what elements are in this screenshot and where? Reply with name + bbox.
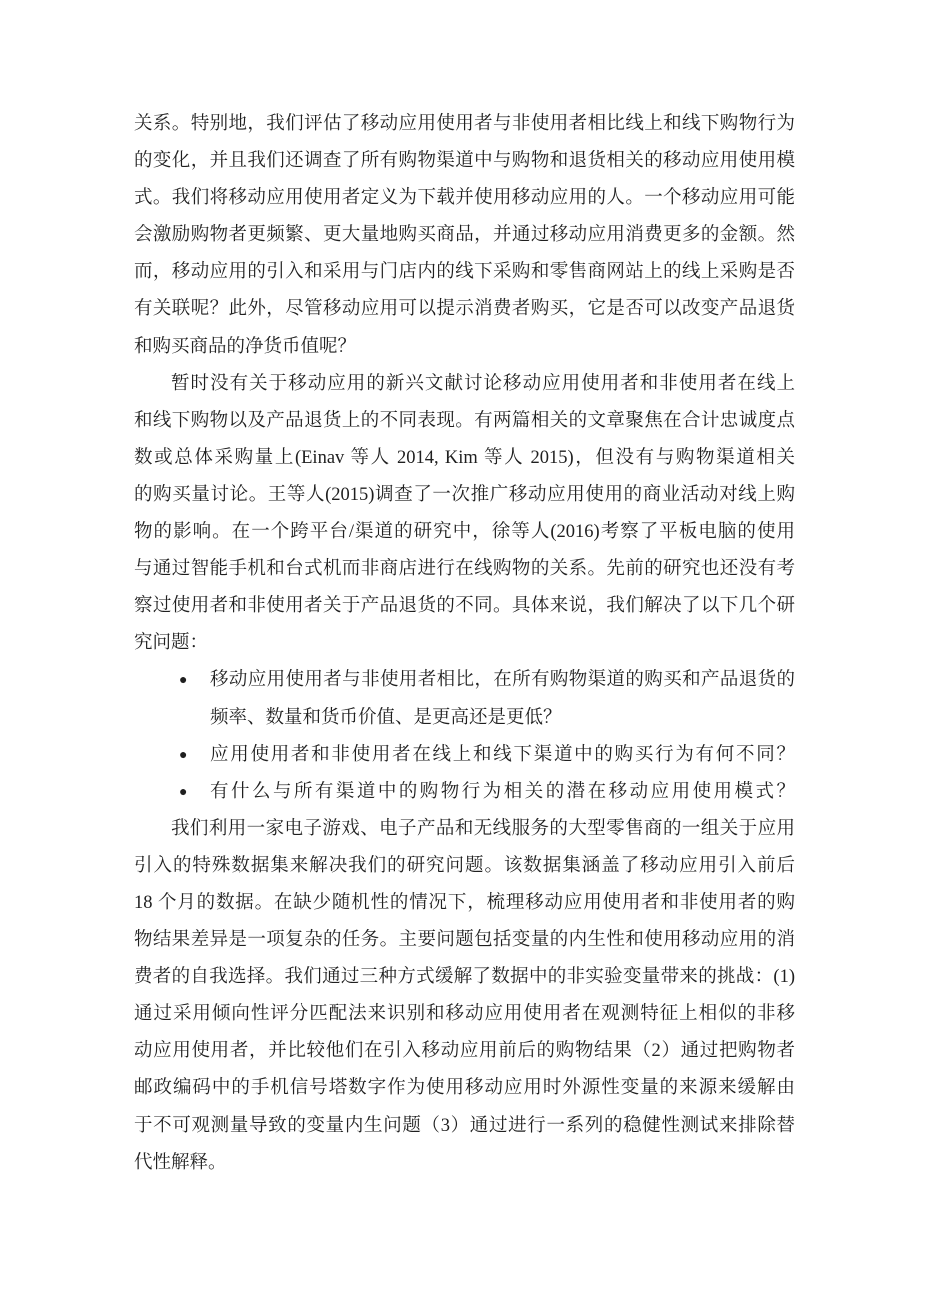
text-line: 察过使用者和非使用者关于产品退货的不同。具体来说，我们解决了以下几个研 [134,588,795,625]
text-block: 关系。特别地，我们评估了移动应用使用者与非使用者相比线上和线下购物行为 的变化，… [134,106,795,1182]
text-line: 数或总体采购量上(Einav 等人 2014, Kim 等人 2015)，但没有… [134,440,795,477]
text-line: 和线下购物以及产品退货上的不同表现。有两篇相关的文章聚焦在合计忠诚度点 [134,403,795,440]
text-line: 而，移动应用的引入和采用与门店内的线下采购和零售商网站上的线上采购是否 [134,254,795,291]
text-line: 关系。特别地，我们评估了移动应用使用者与非使用者相比线上和线下购物行为 [134,106,795,143]
text-line: 我们利用一家电子游戏、电子产品和无线服务的大型零售商的一组关于应用 [134,811,795,848]
text-line: 费者的自我选择。我们通过三种方式缓解了数据中的非实验变量带来的挑战：(1) [134,959,795,996]
text-line: 的购买量讨论。王等人(2015)调查了一次推广移动应用使用的商业活动对线上购 [134,477,795,514]
text-line: 动应用使用者，并比较他们在引入移动应用前后的购物结果（2）通过把购物者 [134,1033,795,1070]
text-line: 的变化，并且我们还调查了所有购物渠道中与购物和退货相关的移动应用使用模 [134,143,795,180]
bullet-text: 移动应用使用者与非使用者相比，在所有购物渠道的购买和产品退货的 频率、数量和货币… [210,662,795,736]
bullet-icon: ● [179,662,210,699]
text-line: 究问题： [134,625,795,662]
text-line: 物的影响。在一个跨平台/渠道的研究中，徐等人(2016)考察了平板电脑的使用 [134,514,795,551]
text-line: 有关联呢？此外，尽管移动应用可以提示消费者购买，它是否可以改变产品退货 [134,291,795,328]
text-line: 应用使用者和非使用者在线上和线下渠道中的购买行为有何不同？ [210,737,795,774]
list-item: ● 有什么与所有渠道中的购物行为相关的潜在移动应用使用模式？ [179,774,795,811]
list-item: ● 应用使用者和非使用者在线上和线下渠道中的购买行为有何不同？ [179,737,795,774]
bullet-icon: ● [179,774,210,811]
text-line: 通过采用倾向性评分匹配法来识别和移动应用使用者在观测特征上相似的非移 [134,996,795,1033]
text-line: 物结果差异是一项复杂的任务。主要问题包括变量的内生性和使用移动应用的消 [134,922,795,959]
text-line: 有什么与所有渠道中的购物行为相关的潜在移动应用使用模式？ [210,774,795,811]
bullet-list: ● 移动应用使用者与非使用者相比，在所有购物渠道的购买和产品退货的 频率、数量和… [134,662,795,810]
text-line: 18 个月的数据。在缺少随机性的情况下，梳理移动应用使用者和非使用者的购 [134,885,795,922]
text-line: 式。我们将移动应用使用者定义为下载并使用移动应用的人。一个移动应用可能 [134,180,795,217]
text-line: 邮政编码中的手机信号塔数字作为使用移动应用时外源性变量的来源来缓解由 [134,1070,795,1107]
text-line: 与通过智能手机和台式机而非商店进行在线购物的关系。先前的研究也还没有考 [134,551,795,588]
paragraph-1: 关系。特别地，我们评估了移动应用使用者与非使用者相比线上和线下购物行为 的变化，… [134,106,795,366]
text-line: 暂时没有关于移动应用的新兴文献讨论移动应用使用者和非使用者在线上 [134,366,795,403]
text-line: 频率、数量和货币价值、是更高还是更低？ [210,700,795,737]
bullet-text: 有什么与所有渠道中的购物行为相关的潜在移动应用使用模式？ [210,774,795,811]
text-line: 代性解释。 [134,1145,795,1182]
text-line: 移动应用使用者与非使用者相比，在所有购物渠道的购买和产品退货的 [210,662,795,699]
bullet-text: 应用使用者和非使用者在线上和线下渠道中的购买行为有何不同？ [210,737,795,774]
paragraph-3: 我们利用一家电子游戏、电子产品和无线服务的大型零售商的一组关于应用 引入的特殊数… [134,811,795,1182]
paragraph-2: 暂时没有关于移动应用的新兴文献讨论移动应用使用者和非使用者在线上 和线下购物以及… [134,366,795,663]
document-page: 关系。特别地，我们评估了移动应用使用者与非使用者相比线上和线下购物行为 的变化，… [0,0,926,1309]
text-line: 于不可观测量导致的变量内生问题（3）通过进行一系列的稳健性测试来排除替 [134,1108,795,1145]
list-item: ● 移动应用使用者与非使用者相比，在所有购物渠道的购买和产品退货的 频率、数量和… [179,662,795,736]
text-line: 和购买商品的净货币值呢？ [134,329,795,366]
text-line: 会激励购物者更频繁、更大量地购买商品，并通过移动应用消费更多的金额。然 [134,217,795,254]
bullet-icon: ● [179,737,210,774]
text-line: 引入的特殊数据集来解决我们的研究问题。该数据集涵盖了移动应用引入前后 [134,848,795,885]
